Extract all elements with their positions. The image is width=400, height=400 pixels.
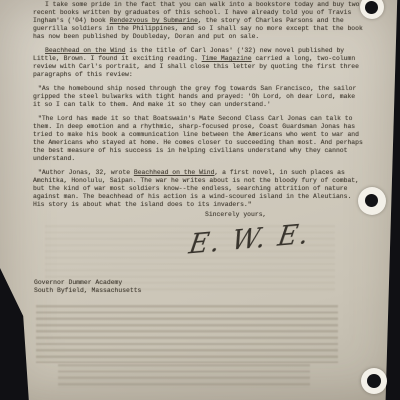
underlined-title-text: Rendezvous by Submarine xyxy=(110,17,198,24)
paragraph-text: "Author Jonas, 32, wrote xyxy=(38,169,134,176)
punch-hole-center-icon xyxy=(367,374,381,388)
punch-hole-center-icon xyxy=(365,1,378,14)
letter-body: I take some pride in the fact that you c… xyxy=(33,1,366,215)
underlined-title-text: Time Magazine xyxy=(202,55,252,62)
underlined-title-text: Beachhead on the Wind xyxy=(45,47,126,54)
punch-hole-center-icon xyxy=(365,194,378,207)
sender-address: Governor Dummer Academy South Byfield, M… xyxy=(34,279,141,295)
sender-address-line-1: Governor Dummer Academy xyxy=(34,279,141,287)
letter-paragraph: "As the homebound ship nosed through the… xyxy=(33,85,366,109)
paragraph-text: "As the homebound ship nosed through the… xyxy=(33,85,356,108)
sender-address-line-2: South Byfield, Massachusetts xyxy=(34,287,141,295)
letter-paragraph: I take some pride in the fact that you c… xyxy=(33,1,366,41)
letter-paragraph: Beachhead on the Wind is the title of Ca… xyxy=(33,47,366,79)
closing-text: Sincerely yours, xyxy=(205,211,266,219)
letter-paragraph: "Author Jonas, 32, wrote Beachhead on th… xyxy=(33,169,366,209)
paragraph-text: "The Lord has made it so that Boatswain'… xyxy=(33,115,363,162)
underlined-title-text: Beachhead on the Wind xyxy=(134,169,215,176)
letter-paragraph: "The Lord has made it so that Boatswain'… xyxy=(33,115,366,163)
